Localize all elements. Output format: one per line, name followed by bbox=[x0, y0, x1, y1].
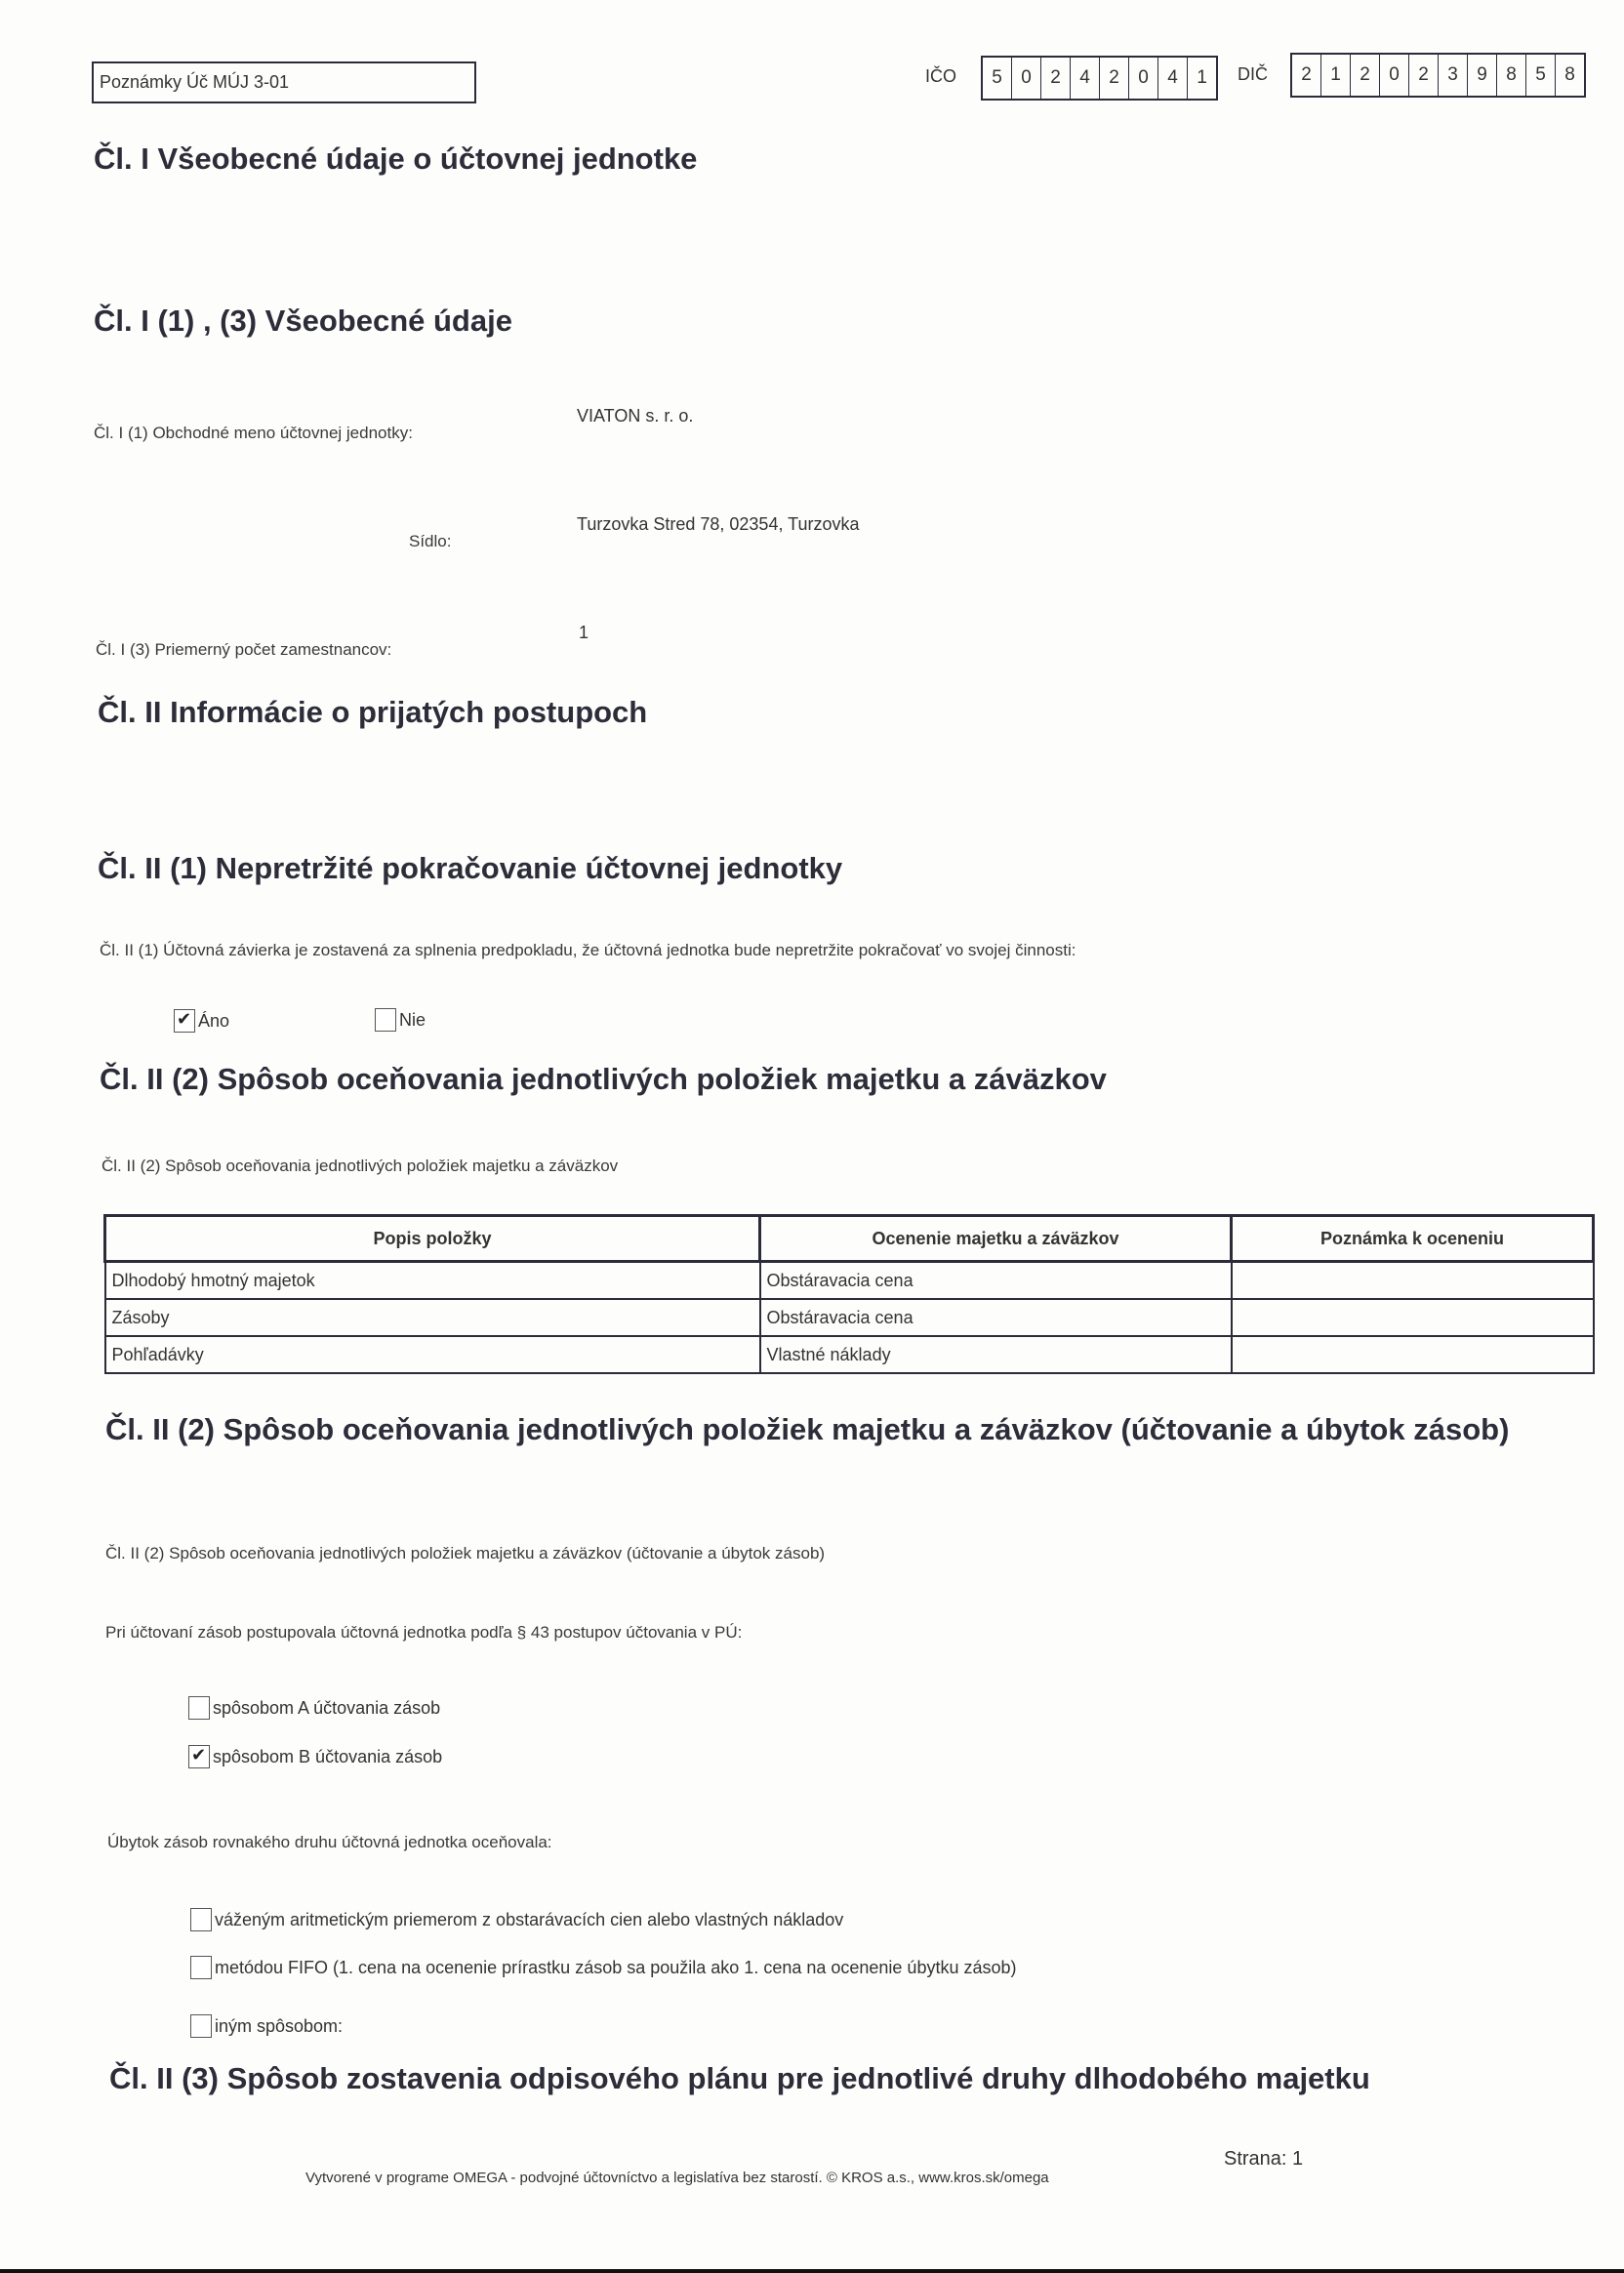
company-name-label: Čl. I (1) Obchodné meno účtovnej jednotk… bbox=[94, 424, 413, 443]
checkbox-weighted-average-box[interactable] bbox=[190, 1908, 212, 1931]
seat-label: Sídlo: bbox=[409, 532, 451, 551]
dic-digit: 0 bbox=[1380, 55, 1409, 96]
employees-value: 1 bbox=[579, 623, 589, 643]
column-header-valuation: Ocenenie majetku a záväzkov bbox=[760, 1216, 1232, 1262]
valuation-table: Popis položky Ocenenie majetku a záväzko… bbox=[103, 1214, 1595, 1374]
checkbox-weighted-average-label: váženým aritmetickým priemerom z obstará… bbox=[215, 1910, 843, 1930]
item-cell: Dlhodobý hmotný majetok bbox=[105, 1262, 760, 1300]
ico-digit: 0 bbox=[1012, 58, 1041, 99]
section-title-valuation: Čl. II (2) Spôsob oceňovania jednotlivýc… bbox=[100, 1062, 1107, 1097]
dic-label: DIČ bbox=[1238, 64, 1268, 85]
checkbox-nie-box[interactable] bbox=[375, 1008, 396, 1032]
checkbox-method-a[interactable]: spôsobom A účtovania zásob bbox=[188, 1696, 440, 1720]
checkbox-method-b-label: spôsobom B účtovania zásob bbox=[213, 1747, 442, 1767]
document-id-box: Poznámky Úč MÚJ 3-01 bbox=[92, 61, 476, 103]
ico-digit: 4 bbox=[1158, 58, 1188, 99]
section-title-procedures: Čl. II Informácie o prijatých postupoch bbox=[98, 695, 647, 730]
ico-digit: 0 bbox=[1129, 58, 1158, 99]
page-number: Strana: 1 bbox=[1224, 2148, 1303, 2171]
checkbox-ano-box[interactable] bbox=[174, 1009, 195, 1033]
checkbox-fifo-label: metódou FIFO (1. cena na ocenenie príras… bbox=[215, 1958, 1017, 1978]
dic-digit: 9 bbox=[1468, 55, 1497, 96]
checkbox-method-b[interactable]: spôsobom B účtovania zásob bbox=[188, 1745, 442, 1768]
ico-digit: 1 bbox=[1188, 58, 1216, 99]
valuation-text: Čl. II (2) Spôsob oceňovania jednotlivýc… bbox=[101, 1157, 618, 1176]
section-title-general-info: Čl. I Všeobecné údaje o účtovnej jednotk… bbox=[94, 142, 697, 177]
employees-label: Čl. I (3) Priemerný počet zamestnancov: bbox=[96, 640, 391, 660]
section-title-general-data: Čl. I (1) , (3) Všeobecné údaje bbox=[94, 304, 512, 339]
checkbox-ano-label: Áno bbox=[198, 1011, 229, 1032]
page-edge bbox=[0, 2269, 1624, 2273]
checkbox-method-b-box[interactable] bbox=[188, 1745, 210, 1768]
checkbox-weighted-average[interactable]: váženým aritmetickým priemerom z obstará… bbox=[190, 1908, 843, 1931]
checkbox-method-a-box[interactable] bbox=[188, 1696, 210, 1720]
ico-digit: 2 bbox=[1100, 58, 1129, 99]
dic-digit: 2 bbox=[1292, 55, 1321, 96]
inventory-method-text: Pri účtovaní zásob postupovala účtovná j… bbox=[105, 1623, 742, 1643]
ico-label: IČO bbox=[925, 66, 956, 87]
section-title-depreciation-plan: Čl. II (3) Spôsob zostavenia odpisového … bbox=[109, 2061, 1370, 2096]
dic-digit: 8 bbox=[1497, 55, 1526, 96]
section-title-inventory-valuation: Čl. II (2) Spôsob oceňovania jednotlivýc… bbox=[105, 1408, 1530, 1451]
dic-field: 2120239858 bbox=[1290, 53, 1586, 98]
checkbox-ano[interactable]: Áno bbox=[174, 1009, 229, 1033]
checkbox-other-method[interactable]: iným spôsobom: bbox=[190, 2014, 343, 2038]
ico-digit: 2 bbox=[1041, 58, 1071, 99]
table-row: PohľadávkyVlastné náklady bbox=[105, 1336, 1594, 1373]
table-row: Dlhodobý hmotný majetokObstáravacia cena bbox=[105, 1262, 1594, 1300]
column-header-item: Popis položky bbox=[105, 1216, 760, 1262]
note-cell bbox=[1232, 1299, 1594, 1336]
checkbox-fifo-box[interactable] bbox=[190, 1956, 212, 1979]
dic-digit: 1 bbox=[1321, 55, 1351, 96]
going-concern-text: Čl. II (1) Účtovná závierka je zostavená… bbox=[100, 941, 1076, 960]
checkbox-fifo[interactable]: metódou FIFO (1. cena na ocenenie príras… bbox=[190, 1956, 1017, 1979]
item-cell: Zásoby bbox=[105, 1299, 760, 1336]
ico-digit: 5 bbox=[983, 58, 1012, 99]
ico-digit: 4 bbox=[1071, 58, 1100, 99]
checkbox-nie[interactable]: Nie bbox=[375, 1008, 426, 1032]
valuation-cell: Vlastné náklady bbox=[760, 1336, 1232, 1373]
checkbox-other-method-box[interactable] bbox=[190, 2014, 212, 2038]
ico-field: 50242041 bbox=[981, 56, 1218, 101]
dic-digit: 5 bbox=[1526, 55, 1556, 96]
footer-credit: Vytvorené v programe OMEGA - podvojné úč… bbox=[305, 2170, 1049, 2186]
table-header-row: Popis položky Ocenenie majetku a záväzko… bbox=[105, 1216, 1594, 1262]
note-cell bbox=[1232, 1262, 1594, 1300]
column-header-note: Poznámka k oceneniu bbox=[1232, 1216, 1594, 1262]
section-title-going-concern: Čl. II (1) Nepretržité pokračovanie účto… bbox=[98, 851, 842, 886]
inventory-valuation-text: Čl. II (2) Spôsob oceňovania jednotlivýc… bbox=[105, 1544, 825, 1563]
valuation-cell: Obstáravacia cena bbox=[760, 1262, 1232, 1300]
checkbox-method-a-label: spôsobom A účtovania zásob bbox=[213, 1698, 440, 1719]
dic-digit: 3 bbox=[1439, 55, 1468, 96]
company-name-value: VIATON s. r. o. bbox=[577, 406, 693, 426]
item-cell: Pohľadávky bbox=[105, 1336, 760, 1373]
note-cell bbox=[1232, 1336, 1594, 1373]
valuation-cell: Obstáravacia cena bbox=[760, 1299, 1232, 1336]
checkbox-nie-label: Nie bbox=[399, 1010, 426, 1031]
dic-digit: 2 bbox=[1351, 55, 1380, 96]
dic-digit: 8 bbox=[1556, 55, 1584, 96]
seat-value: Turzovka Stred 78, 02354, Turzovka bbox=[577, 514, 860, 535]
table-row: ZásobyObstáravacia cena bbox=[105, 1299, 1594, 1336]
checkbox-other-method-label: iným spôsobom: bbox=[215, 2016, 343, 2037]
dic-digit: 2 bbox=[1409, 55, 1439, 96]
inventory-decrease-text: Úbytok zásob rovnakého druhu účtovná jed… bbox=[107, 1833, 552, 1852]
